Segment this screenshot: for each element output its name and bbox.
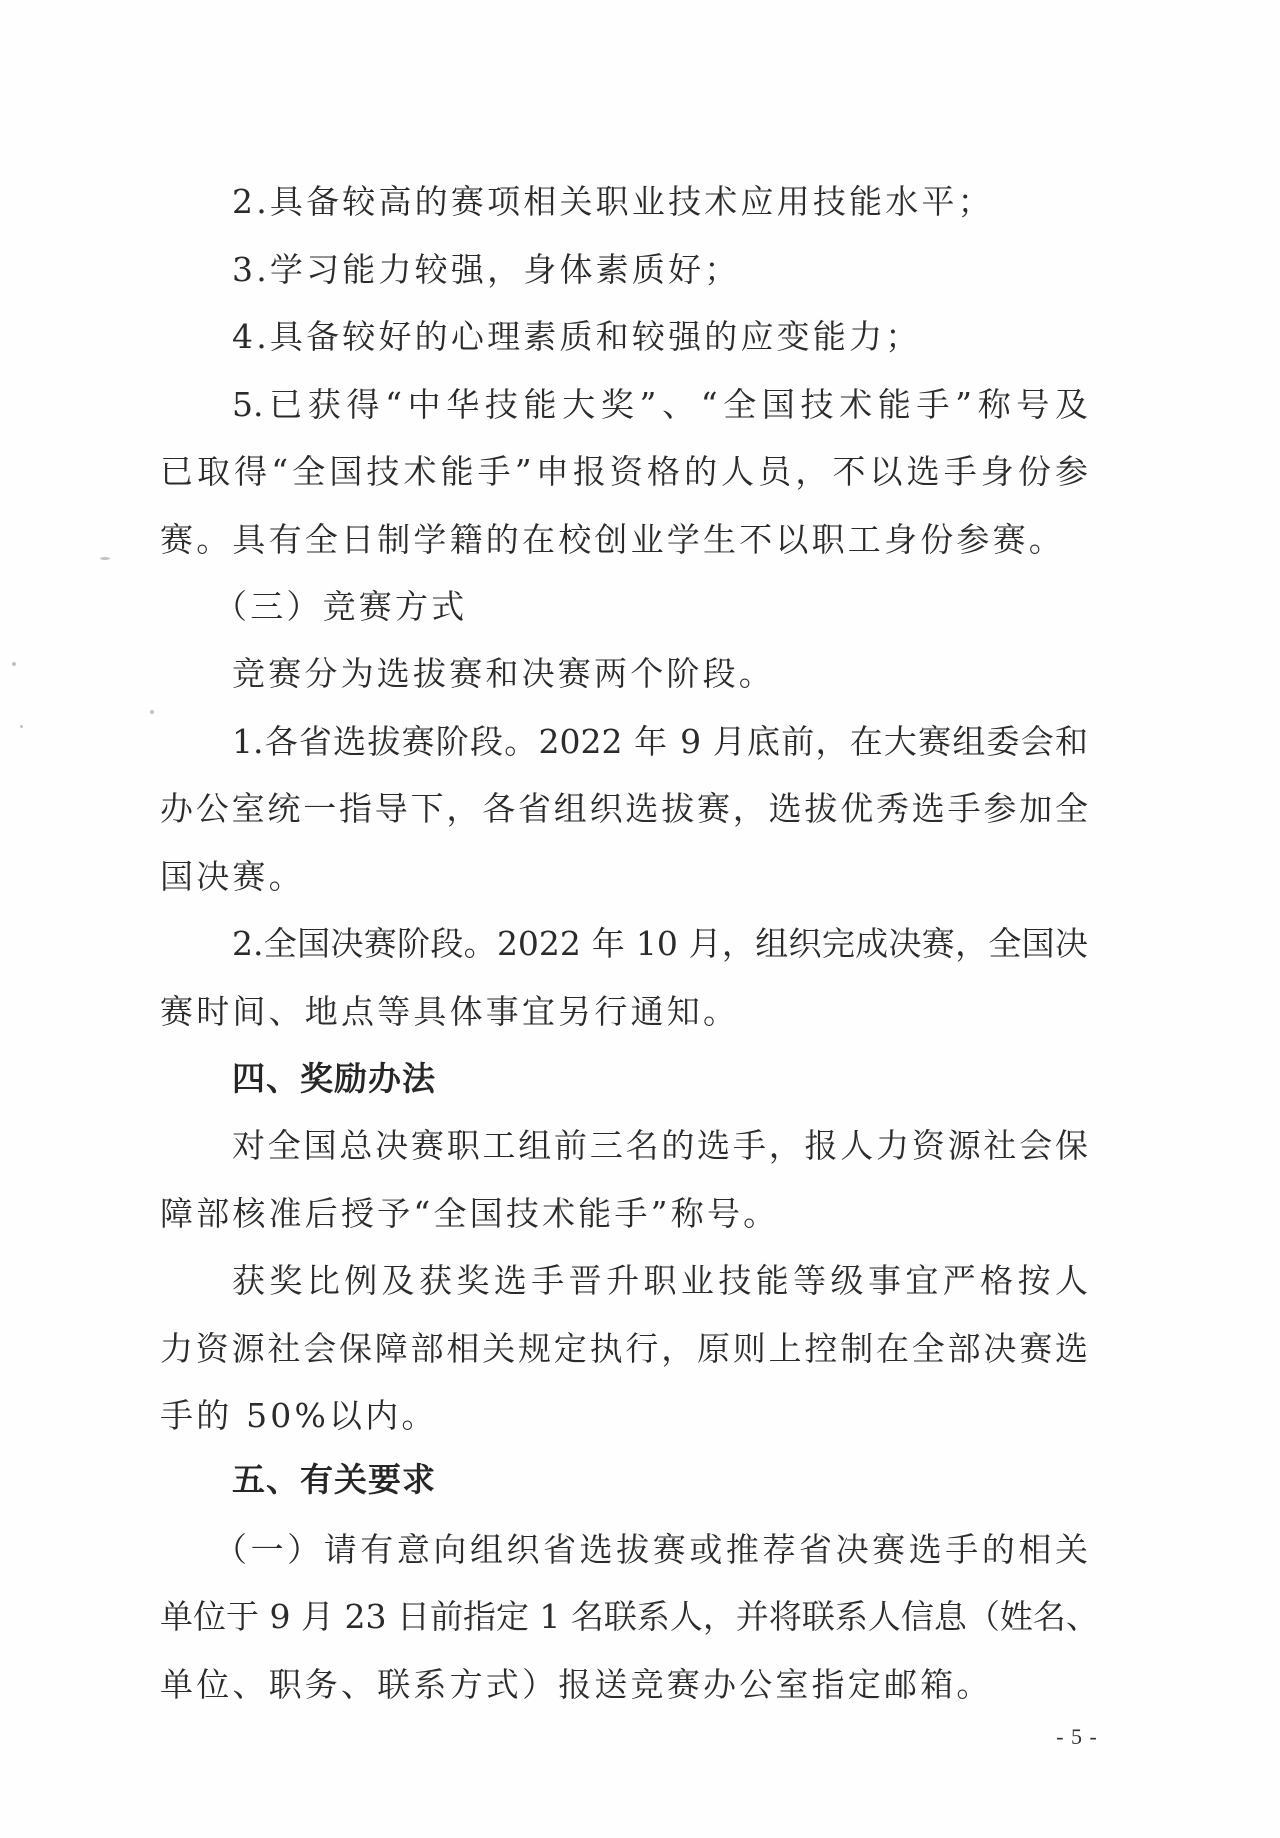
provincial-stage-line-1: 1.各省选拔赛阶段。2022 年 9 月底前，在大赛组委会和: [232, 720, 1088, 764]
requirement-para-1-line-3: 单位、职务、联系方式）报送竞赛办公室指定邮箱。: [160, 1663, 1088, 1707]
requirement-para-1-line-1: （一）请有意向组织省选拔赛或推荐省决赛选手的相关: [214, 1528, 1088, 1572]
section-heading-rewards: 四、奖励办法: [232, 1057, 1088, 1101]
provincial-stage-line-2: 办公室统一指导下，各省组织选拔赛，选拔优秀选手参加全: [160, 787, 1088, 831]
document-page: 2.具备较高的赛项相关职业技术应用技能水平； 3.学习能力较强，身体素质好； 4…: [0, 0, 1280, 1838]
scan-speck: [100, 557, 110, 560]
requirement-item-5-line-3: 赛。具有全日制学籍的在校创业学生不以职工身份参赛。: [160, 518, 1088, 562]
rewards-para-2-line-1: 获奖比例及获奖选手晋升职业技能等级事宜严格按人: [232, 1259, 1088, 1303]
national-final-line-2: 赛时间、地点等具体事宜另行通知。: [160, 990, 1088, 1034]
rewards-para-1-line-2: 障部核准后授予“全国技术能手”称号。: [160, 1192, 1088, 1236]
page-number: - 5 -: [1052, 1722, 1102, 1752]
requirement-item-2: 2.具备较高的赛项相关职业技术应用技能水平；: [232, 180, 1088, 224]
section-heading-requirements: 五、有关要求: [232, 1458, 1088, 1502]
rewards-para-1-line-1: 对全国总决赛职工组前三名的选手，报人力资源社会保: [232, 1124, 1088, 1168]
competition-stages-intro: 竞赛分为选拔赛和决赛两个阶段。: [232, 652, 1088, 696]
requirement-item-4: 4.具备较好的心理素质和较强的应变能力；: [232, 315, 1088, 359]
national-final-line-1: 2.全国决赛阶段。2022 年 10 月，组织完成决赛，全国决: [232, 922, 1088, 966]
section-heading-competition-format: （三）竞赛方式: [214, 585, 1088, 629]
rewards-para-2-line-2: 力资源社会保障部相关规定执行，原则上控制在全部决赛选: [160, 1327, 1088, 1371]
scan-speck: [150, 710, 154, 714]
provincial-stage-line-3: 国决赛。: [160, 855, 1088, 899]
requirement-item-5-line-2: 已取得“全国技术能手”申报资格的人员，不以选手身份参: [160, 450, 1088, 494]
requirement-para-1-line-2: 单位于 9 月 23 日前指定 1 名联系人，并将联系人信息（姓名、: [160, 1595, 1088, 1639]
scan-speck: [20, 725, 23, 728]
requirement-item-3: 3.学习能力较强，身体素质好；: [232, 248, 1088, 292]
rewards-para-2-line-3: 手的 50%以内。: [160, 1394, 1088, 1438]
scan-speck: [12, 662, 16, 666]
requirement-item-5-line-1: 5.已获得“中华技能大奖”、“全国技术能手”称号及: [232, 383, 1088, 427]
